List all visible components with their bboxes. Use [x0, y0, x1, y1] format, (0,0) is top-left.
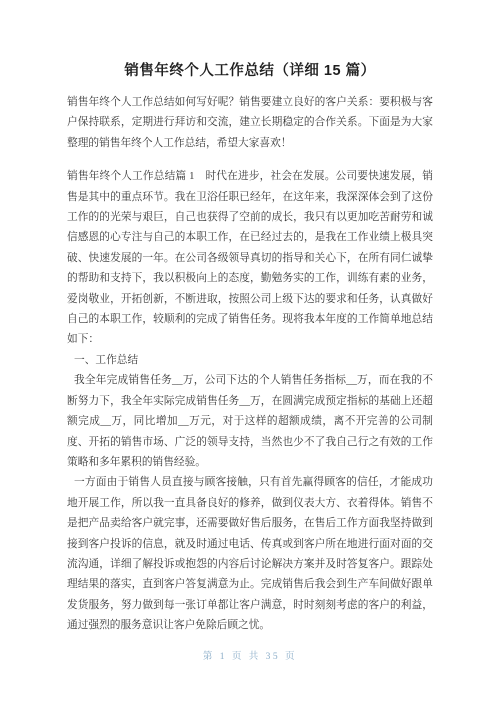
- paragraph-customer-service: 一方面由于销售人员直接与顾客接触，只有首先赢得顾客的信任，才能成功地开展工作，所…: [67, 472, 433, 635]
- page-footer: 第 1 页 共 35 页: [67, 646, 433, 664]
- document-title: 销售年终个人工作总结（详细 15 篇）: [67, 60, 433, 83]
- document-page: 销售年终个人工作总结（详细 15 篇） 销售年终个人工作总结如何写好呢？销售要建…: [0, 0, 500, 707]
- page-number-indicator: 第 1 页 共 35 页: [203, 652, 297, 662]
- paragraph-section1-body: 销售年终个人工作总结篇 1 时代在进步，社会在发展。公司要快速发展，销售是其中的…: [67, 166, 433, 350]
- paragraph-heading-work-summary: 一、工作总结: [67, 350, 433, 370]
- paragraph-intro: 销售年终个人工作总结如何写好呢？销售要建立良好的客户关系：要积极与客户保持联系，…: [67, 92, 433, 153]
- paragraph-sales-figures: 我全年完成销售任务__万，公司下达的个人销售任务指标__万，而在我的不断努力下，…: [67, 370, 433, 472]
